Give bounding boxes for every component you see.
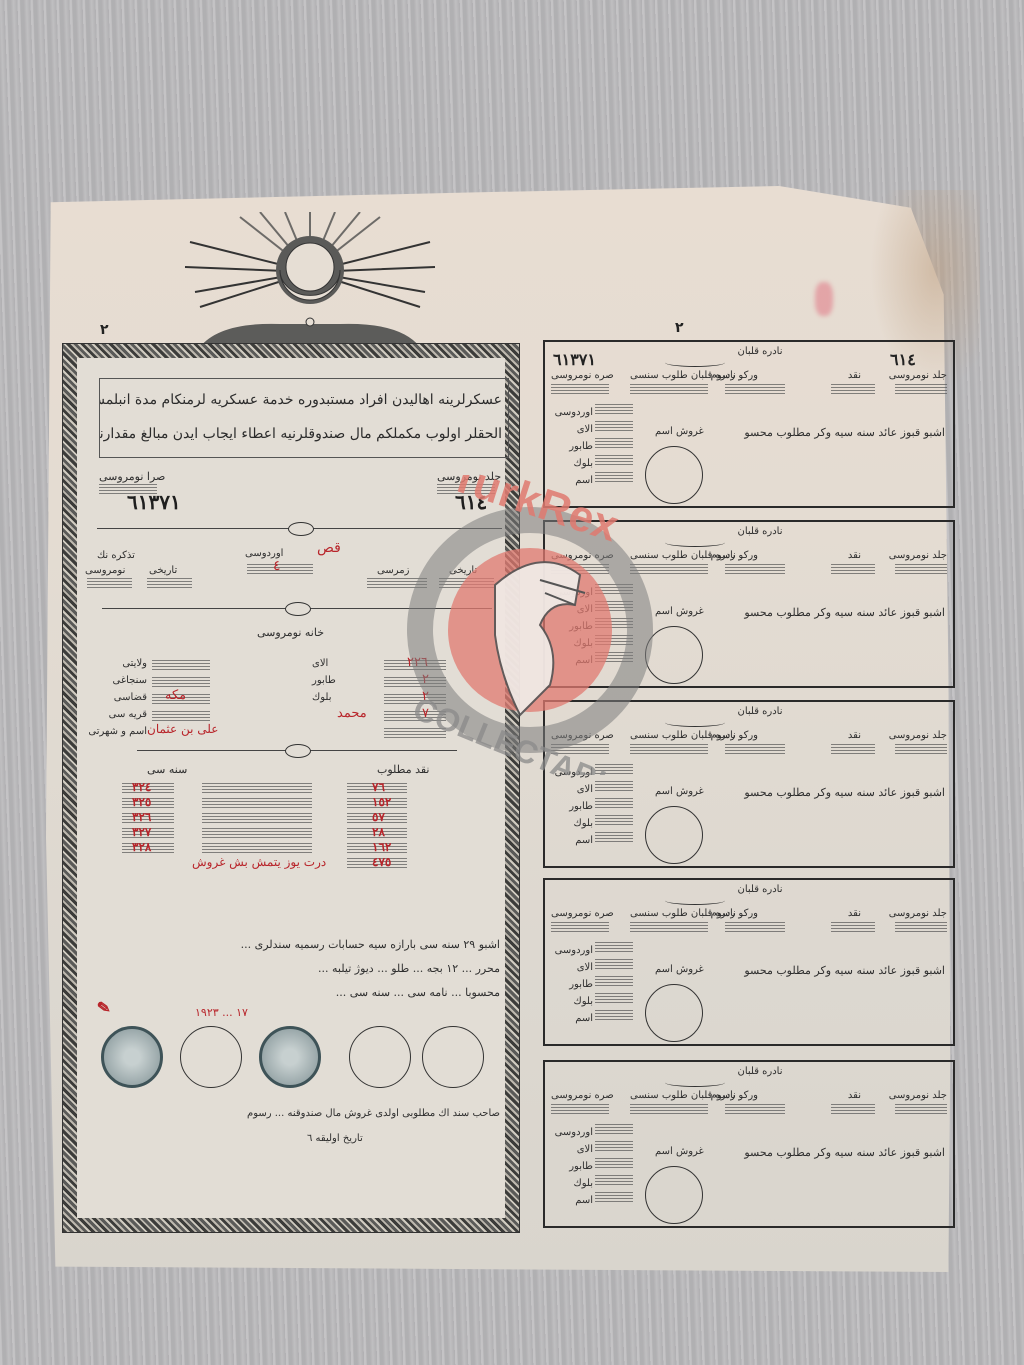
seal-slot-4: [349, 1026, 411, 1088]
ottoman-coat-of-arms-icon: [180, 212, 440, 347]
serial-number: ٦١٣٧١: [127, 490, 181, 514]
footer-line-1: صاحب سند اك مطلوبى اولدى غروش مال صندوقن…: [85, 1108, 500, 1119]
section-title: خانه نومروسى: [257, 626, 324, 639]
coupon-stamp-circle: [645, 806, 703, 864]
coupon-5: نادره قلبان جلد نومروسى نقد وركو رسوم نا…: [543, 1060, 955, 1228]
ornamental-divider-3: [137, 750, 457, 751]
battalion-value: ٢: [422, 672, 429, 687]
personal-info-right: الاى٢٢٦ طابور٢ بلوك٢ محمد٧: [312, 658, 492, 743]
regiment-value: ٢٢٦: [407, 655, 428, 670]
table-row: ٣٢٧٢٨: [122, 828, 502, 843]
table-row: ٣٢٤٧٦: [122, 783, 502, 798]
ornamental-divider: [97, 528, 502, 529]
table-row: ٣٢٦٥٧: [122, 813, 502, 828]
coupon-volume: ٦١٤: [890, 350, 916, 369]
header-line-1: عسكرلرينه اهاليدن افراد مستبدوره خدمة عس…: [106, 383, 502, 417]
footer-line-2: تاريخ اوليقه ٦: [307, 1133, 363, 1144]
right-page-number: ٢: [675, 320, 684, 336]
seal-slot-5: [422, 1026, 484, 1088]
table-total-row: درت يوز يتمش بش غروش٤٧٥: [122, 858, 502, 873]
district-value: مكه: [165, 688, 186, 703]
class-label: زمرسى: [377, 565, 409, 576]
left-page-number: ٢: [100, 322, 109, 338]
coupon-1: ٦١٣٧١ ٦١٤ نادره قلبان جلد نومروسى نقد ور…: [543, 340, 955, 508]
year-header: سنه سى: [147, 763, 187, 776]
volume-number: ٦١٤: [455, 490, 487, 514]
payment-table: ٣٢٤٧٦ ٣٢٥١٥٢ ٣٢٦٥٧ ٣٢٧٢٨ ٣٢٨١٦٢ درت يوز …: [122, 783, 502, 873]
company-value: ٢: [422, 689, 429, 704]
seal-slot-2: [180, 1026, 242, 1088]
table-row: ٣٢٥١٥٢: [122, 798, 502, 813]
coupon-2: نادره قلبان جلد نومروسى نقد وركو رسوم نا…: [543, 520, 955, 688]
army-red-note: قص: [317, 540, 341, 556]
date2-label: تاريخى: [449, 565, 477, 576]
personal-info-left: ولايتى سنجاغى قضاسىمكه قريه سى اسم و شهر…: [87, 658, 237, 743]
red-stamp-mark: ✎: [96, 997, 112, 1018]
ticket-number-sub: نومروسى: [85, 565, 125, 576]
army-value: ٤: [273, 558, 281, 574]
coupon-stamp-circle: [645, 1166, 703, 1224]
red-signature-note: ١٧ ... ١٩٢٣: [195, 1006, 248, 1019]
pink-ink-mark: [815, 282, 833, 316]
amount-header: نقد مطلوب: [377, 763, 430, 776]
ornamental-divider-2: [102, 608, 492, 609]
coupon-stamp-circle: [645, 984, 703, 1042]
header-line-2: الحقلر اولوب مكملكم مال صندوقلرنيه اعطاء…: [106, 417, 502, 451]
name-value: على بن عثمان: [147, 722, 218, 736]
coupon-serial: ٦١٣٧١: [553, 350, 596, 369]
certificate-header: عسكرلرينه اهاليدن افراد مستبدوره خدمة عس…: [99, 378, 509, 458]
official-seal-3: [259, 1026, 321, 1088]
coupon-4: نادره قلبان جلد نومروسى نقد وركو رسوم نا…: [543, 878, 955, 1046]
volume-label: جلد نومروسى: [437, 470, 501, 483]
coupon-3: نادره قلبان جلد نومروسى نقد وركو رسوم نا…: [543, 700, 955, 868]
certificate-body-text: اشبو ٢٩ سنه سى بارازه سيه حسابات رسميه س…: [85, 933, 500, 1005]
date-label: تاريخى: [149, 565, 177, 576]
certificate-frame: عسكرلرينه اهاليدن افراد مستبدوره خدمة عس…: [63, 344, 519, 1232]
official-seal-1: [101, 1026, 163, 1088]
ticket-number-label: تذكره نك: [97, 550, 135, 561]
coupon-stamp-circle: [645, 446, 703, 504]
coupon-stamp-circle: [645, 626, 703, 684]
serial-label: صرا نومروسى: [99, 470, 165, 483]
